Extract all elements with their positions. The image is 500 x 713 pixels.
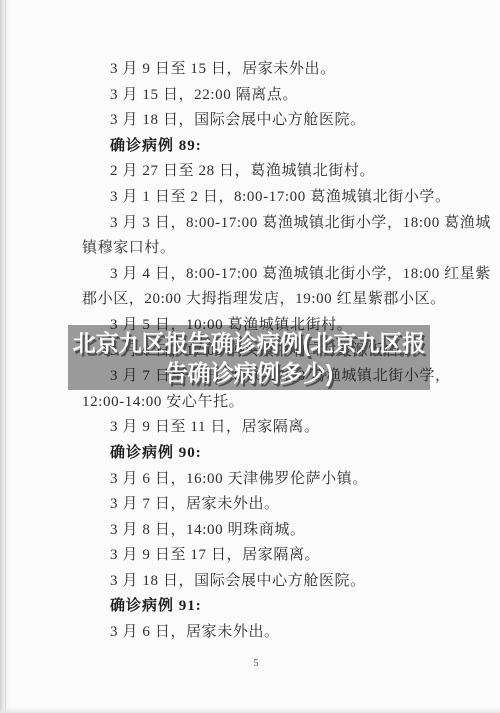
case-heading-line: 确诊病例 91:: [82, 594, 474, 620]
doc-line: 3 月 8 日，14:00 明珠商城。: [82, 518, 474, 544]
doc-line: 3 月 18 日，国际会展中心方舱医院。: [82, 569, 474, 595]
doc-line: 3 月 9 日至 15 日，居家未外出。: [82, 57, 474, 83]
doc-line: 3 月 4 日，8:00-17:00 葛渔城镇北街小学，18:00 红星紫: [82, 262, 474, 288]
scanned-document-page: 3 月 9 日至 15 日，居家未外出。3 月 15 日，22:00 隔离点。3…: [0, 0, 500, 713]
doc-line: 3 月 18 日，国际会展中心方舱医院。: [82, 108, 474, 134]
scan-edge-line: [5, 0, 6, 713]
watermark-overlay: 北京九区报告确诊病例(北京九区报 告确诊病例多少): [68, 325, 430, 390]
doc-line: 3 月 6 日，16:00 天津佛罗伦萨小镇。: [82, 467, 474, 493]
watermark-title-line2: 告确诊病例多少): [165, 358, 334, 388]
doc-line: 郡小区，20:00 大拇指理发店，19:00 红星紫郡小区。: [82, 287, 474, 313]
doc-line: 镇穆家口村。: [82, 236, 474, 262]
doc-line: 3 月 6 日，居家未外出。: [82, 620, 474, 646]
doc-line: 12:00-14:00 安心午托。: [82, 390, 474, 416]
doc-line: 3 月 7 日，居家未外出。: [82, 492, 474, 518]
doc-line: 2 月 27 日至 28 日，葛渔城镇北街村。: [82, 159, 474, 185]
scan-bottom-shadow: [0, 707, 500, 713]
doc-line: 3 月 9 日至 17 日，居家隔离。: [82, 543, 474, 569]
case-heading-line: 确诊病例 90:: [82, 441, 474, 467]
case-heading-line: 确诊病例 89:: [82, 134, 474, 160]
doc-line: 3 月 1 日至 2 日，8:00-17:00 葛渔城镇北街小学。: [82, 185, 474, 211]
doc-line: 3 月 9 日至 11 日，居家隔离。: [82, 415, 474, 441]
page-number: 5: [0, 658, 500, 669]
doc-line: 3 月 3 日，8:00-17:00 葛渔城镇北街小学，18:00 葛渔城: [82, 211, 474, 237]
watermark-title-line1: 北京九区报告确诊病例(北京九区报: [73, 328, 426, 358]
doc-line: 3 月 15 日，22:00 隔离点。: [82, 83, 474, 109]
